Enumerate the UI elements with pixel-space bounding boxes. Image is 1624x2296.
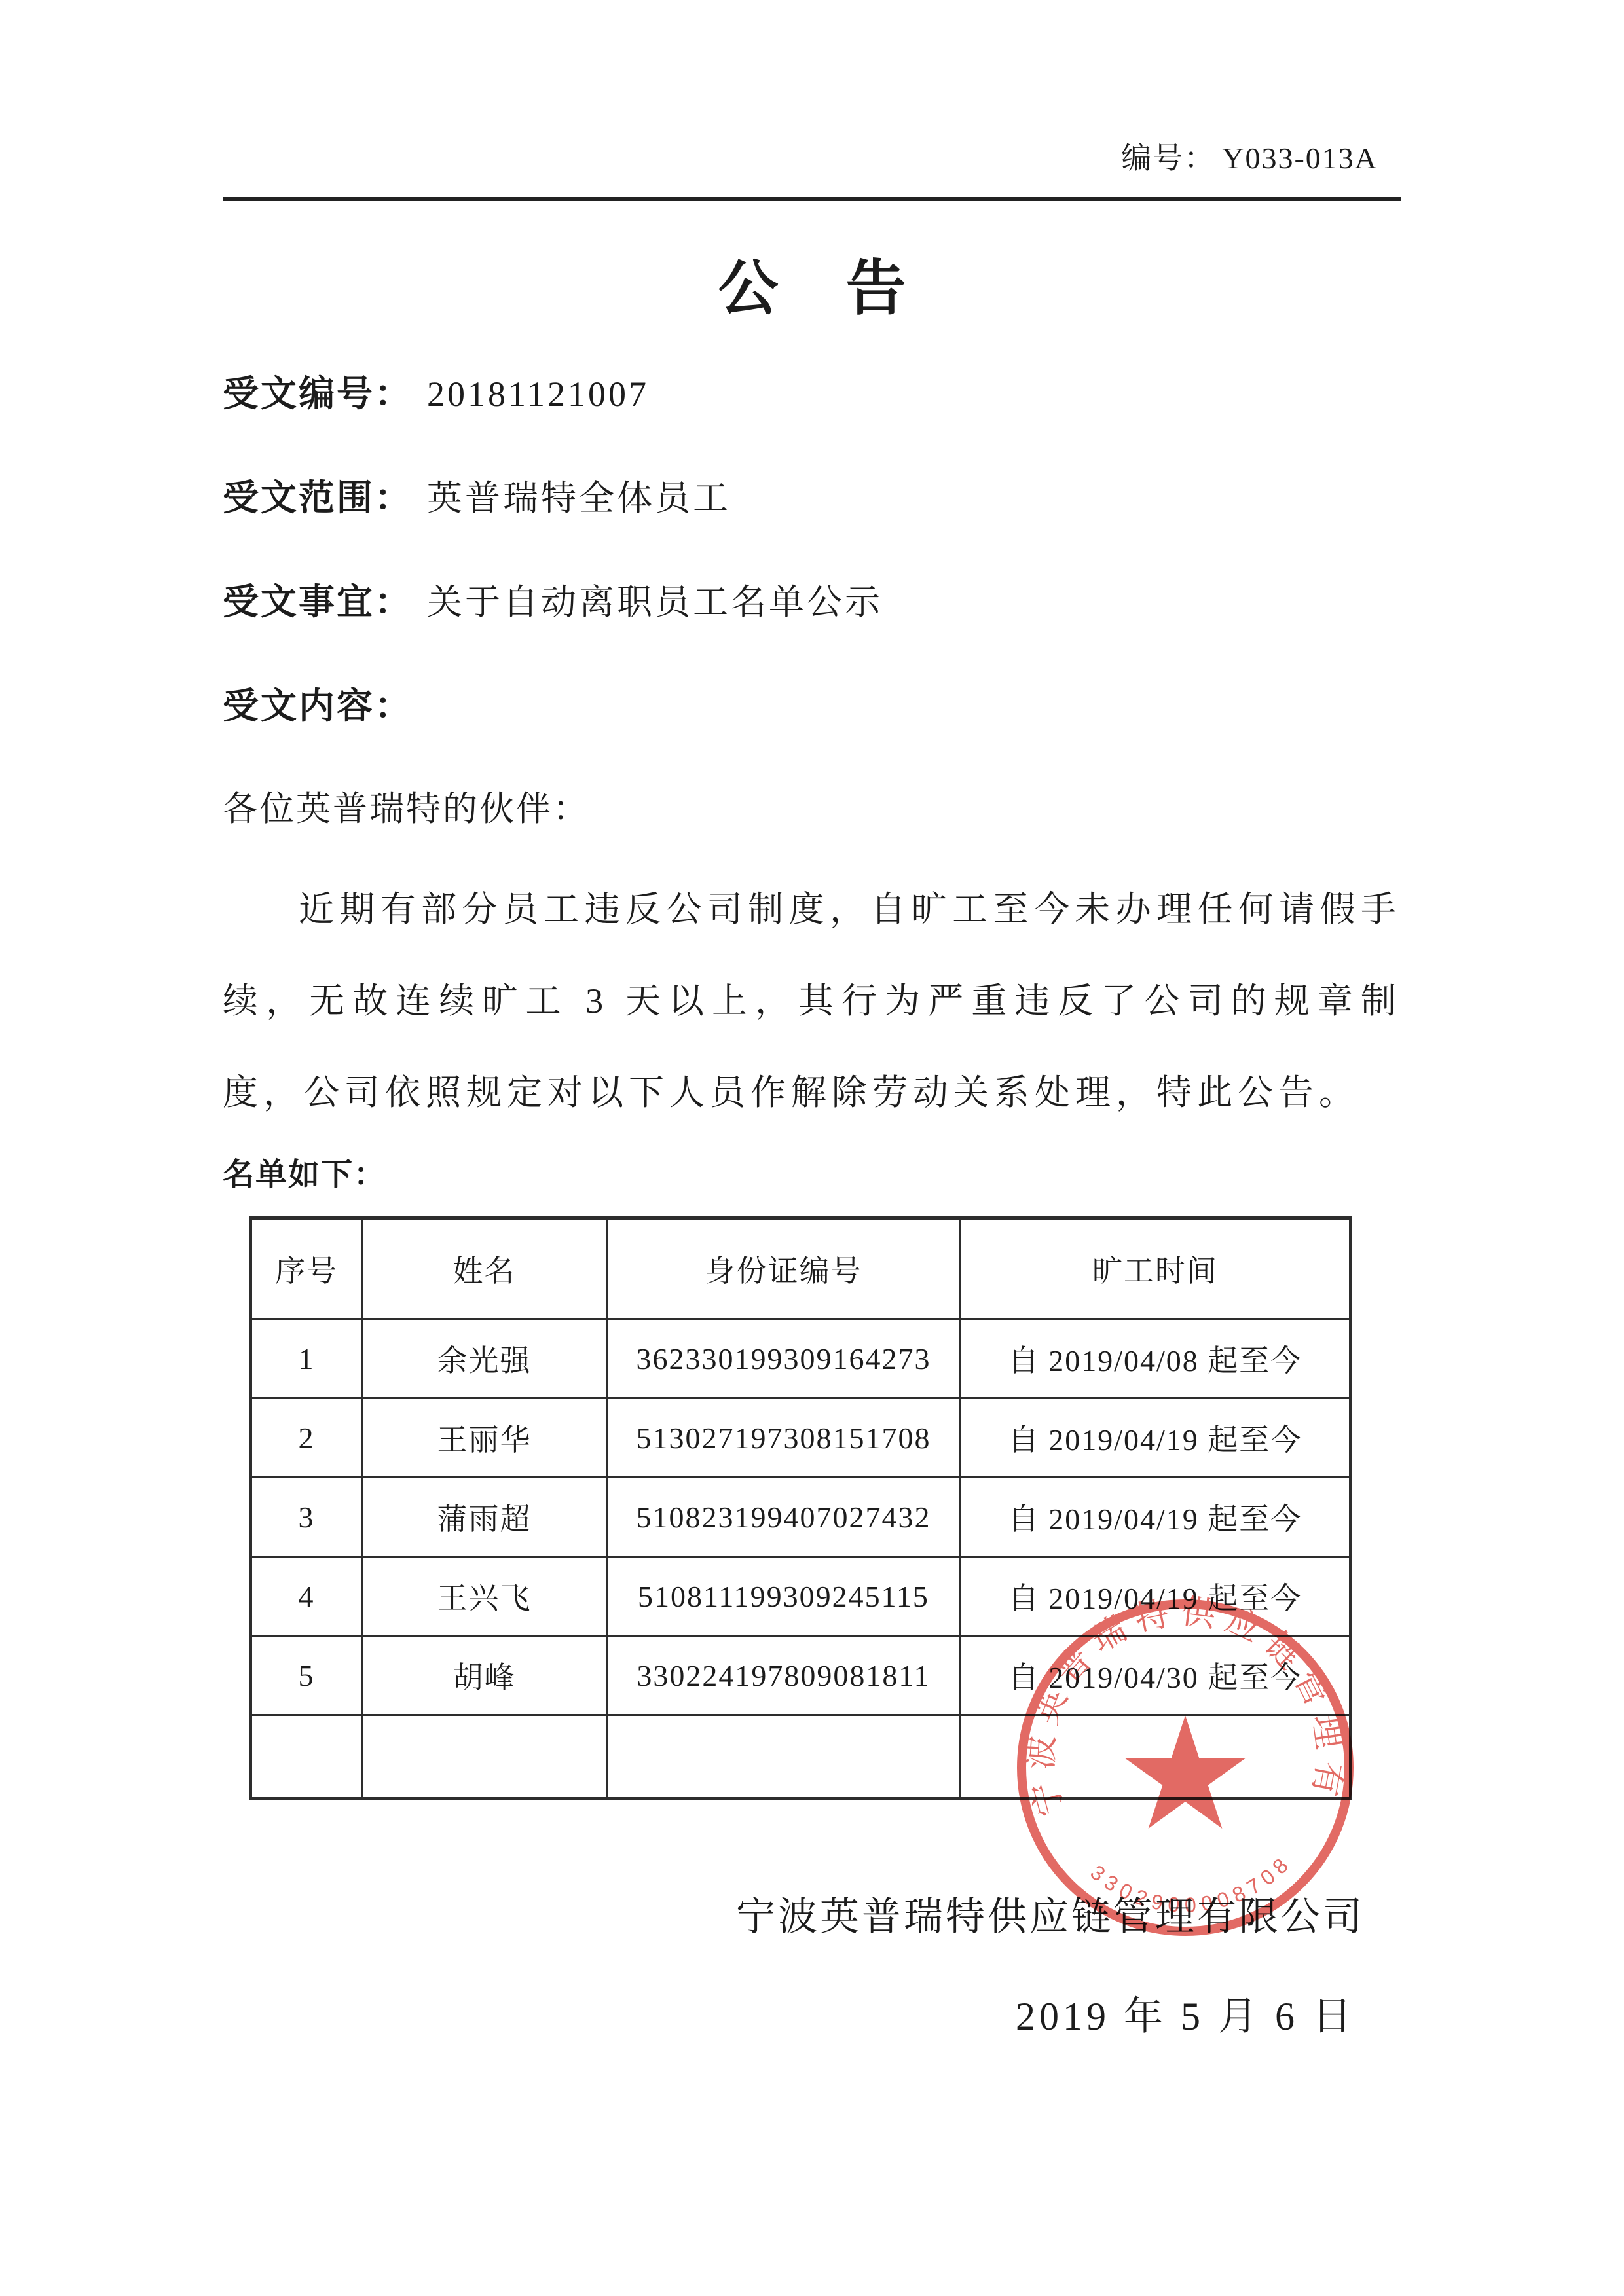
field-scope: 受文范围： 英普瑞特全体员工 — [223, 469, 1401, 520]
col-header-index: 序号 — [251, 1218, 362, 1319]
cell-id: 362330199309164273 — [607, 1319, 961, 1398]
table-header-row: 序号 姓名 身份证编号 旷工时间 — [251, 1218, 1351, 1319]
cell-absence: 自 2019/04/19 起至今 — [961, 1478, 1351, 1557]
field-doc-number-value: 20181121007 — [427, 374, 649, 414]
field-list: 受文编号： 20181121007 受文范围： 英普瑞特全体员工 受文事宜： 关… — [223, 365, 1401, 729]
cell-absence: 自 2019/04/08 起至今 — [961, 1319, 1351, 1398]
body-paragraph: 近期有部分员工违反公司制度，自旷工至今未办理任何请假手续，无故连续旷工 3 天以… — [223, 864, 1401, 1139]
field-scope-label: 受文范围： — [223, 469, 413, 520]
table-body: 1 余光强 362330199309164273 自 2019/04/08 起至… — [251, 1319, 1351, 1799]
cell-id: 513027197308151708 — [607, 1398, 961, 1478]
cell-id — [607, 1715, 961, 1799]
signature-block: 宁波英普瑞特供应链管理有限公司 2019 年 5 月 6 日 — [223, 1886, 1401, 2041]
field-body-heading: 受文内容： — [223, 677, 1401, 729]
cell-index: 2 — [251, 1398, 362, 1478]
field-subject-value: 关于自动离职员工名单公示 — [427, 574, 883, 625]
cell-name: 胡峰 — [362, 1636, 607, 1715]
cell-absence: 自 2019/04/19 起至今 — [961, 1557, 1351, 1636]
list-intro: 名单如下： — [223, 1149, 1401, 1194]
cell-name: 王丽华 — [362, 1398, 607, 1478]
doc-ref: 编号：Y033-013A — [223, 0, 1401, 177]
table-row: 3 蒲雨超 510823199407027432 自 2019/04/19 起至… — [251, 1478, 1351, 1557]
table-row: 2 王丽华 513027197308151708 自 2019/04/19 起至… — [251, 1398, 1351, 1478]
doc-ref-value: Y033-013A — [1222, 141, 1378, 175]
signature-date: 2019 年 5 月 6 日 — [223, 1985, 1365, 2041]
cell-name: 蒲雨超 — [362, 1478, 607, 1557]
field-doc-number-label: 受文编号： — [223, 365, 413, 416]
cell-index — [251, 1715, 362, 1799]
announcement-document: 编号：Y033-013A 公 告 受文编号： 20181121007 受文范围：… — [0, 0, 1624, 2296]
cell-name: 王兴飞 — [362, 1557, 607, 1636]
field-subject: 受文事宜： 关于自动离职员工名单公示 — [223, 573, 1401, 625]
cell-absence — [961, 1715, 1351, 1799]
cell-index: 1 — [251, 1319, 362, 1398]
field-scope-value: 英普瑞特全体员工 — [427, 470, 731, 520]
salutation: 各位英普瑞特的伙伴： — [223, 781, 1401, 831]
field-body-heading-label: 受文内容： — [223, 677, 413, 729]
cell-name: 余光强 — [362, 1319, 607, 1398]
page-title: 公 告 — [223, 240, 1401, 327]
table-row: 1 余光强 362330199309164273 自 2019/04/08 起至… — [251, 1319, 1351, 1398]
cell-index: 4 — [251, 1557, 362, 1636]
col-header-id: 身份证编号 — [607, 1218, 961, 1319]
cell-absence: 自 2019/04/19 起至今 — [961, 1398, 1351, 1478]
cell-id: 330224197809081811 — [607, 1636, 961, 1715]
field-doc-number: 受文编号： 20181121007 — [223, 365, 1401, 416]
cell-id: 510823199407027432 — [607, 1478, 961, 1557]
table-row: 4 王兴飞 510811199309245115 自 2019/04/19 起至… — [251, 1557, 1351, 1636]
cell-id: 510811199309245115 — [607, 1557, 961, 1636]
doc-ref-label: 编号： — [1121, 141, 1215, 175]
cell-absence: 自 2019/04/30 起至今 — [961, 1636, 1351, 1715]
dismissal-table: 序号 姓名 身份证编号 旷工时间 1 余光强 36233019930916427… — [249, 1216, 1352, 1800]
field-subject-label: 受文事宜： — [223, 573, 413, 625]
cell-name — [362, 1715, 607, 1799]
col-header-name: 姓名 — [362, 1218, 607, 1319]
cell-index: 3 — [251, 1478, 362, 1557]
header-rule — [223, 197, 1401, 201]
col-header-absence: 旷工时间 — [961, 1218, 1351, 1319]
table-header: 序号 姓名 身份证编号 旷工时间 — [251, 1218, 1351, 1319]
table-row: 5 胡峰 330224197809081811 自 2019/04/30 起至今 — [251, 1636, 1351, 1715]
document-content: 编号：Y033-013A 公 告 受文编号： 20181121007 受文范围：… — [0, 0, 1624, 2041]
signature-company: 宁波英普瑞特供应链管理有限公司 — [223, 1886, 1365, 1942]
cell-index: 5 — [251, 1636, 362, 1715]
table-row-empty — [251, 1715, 1351, 1799]
